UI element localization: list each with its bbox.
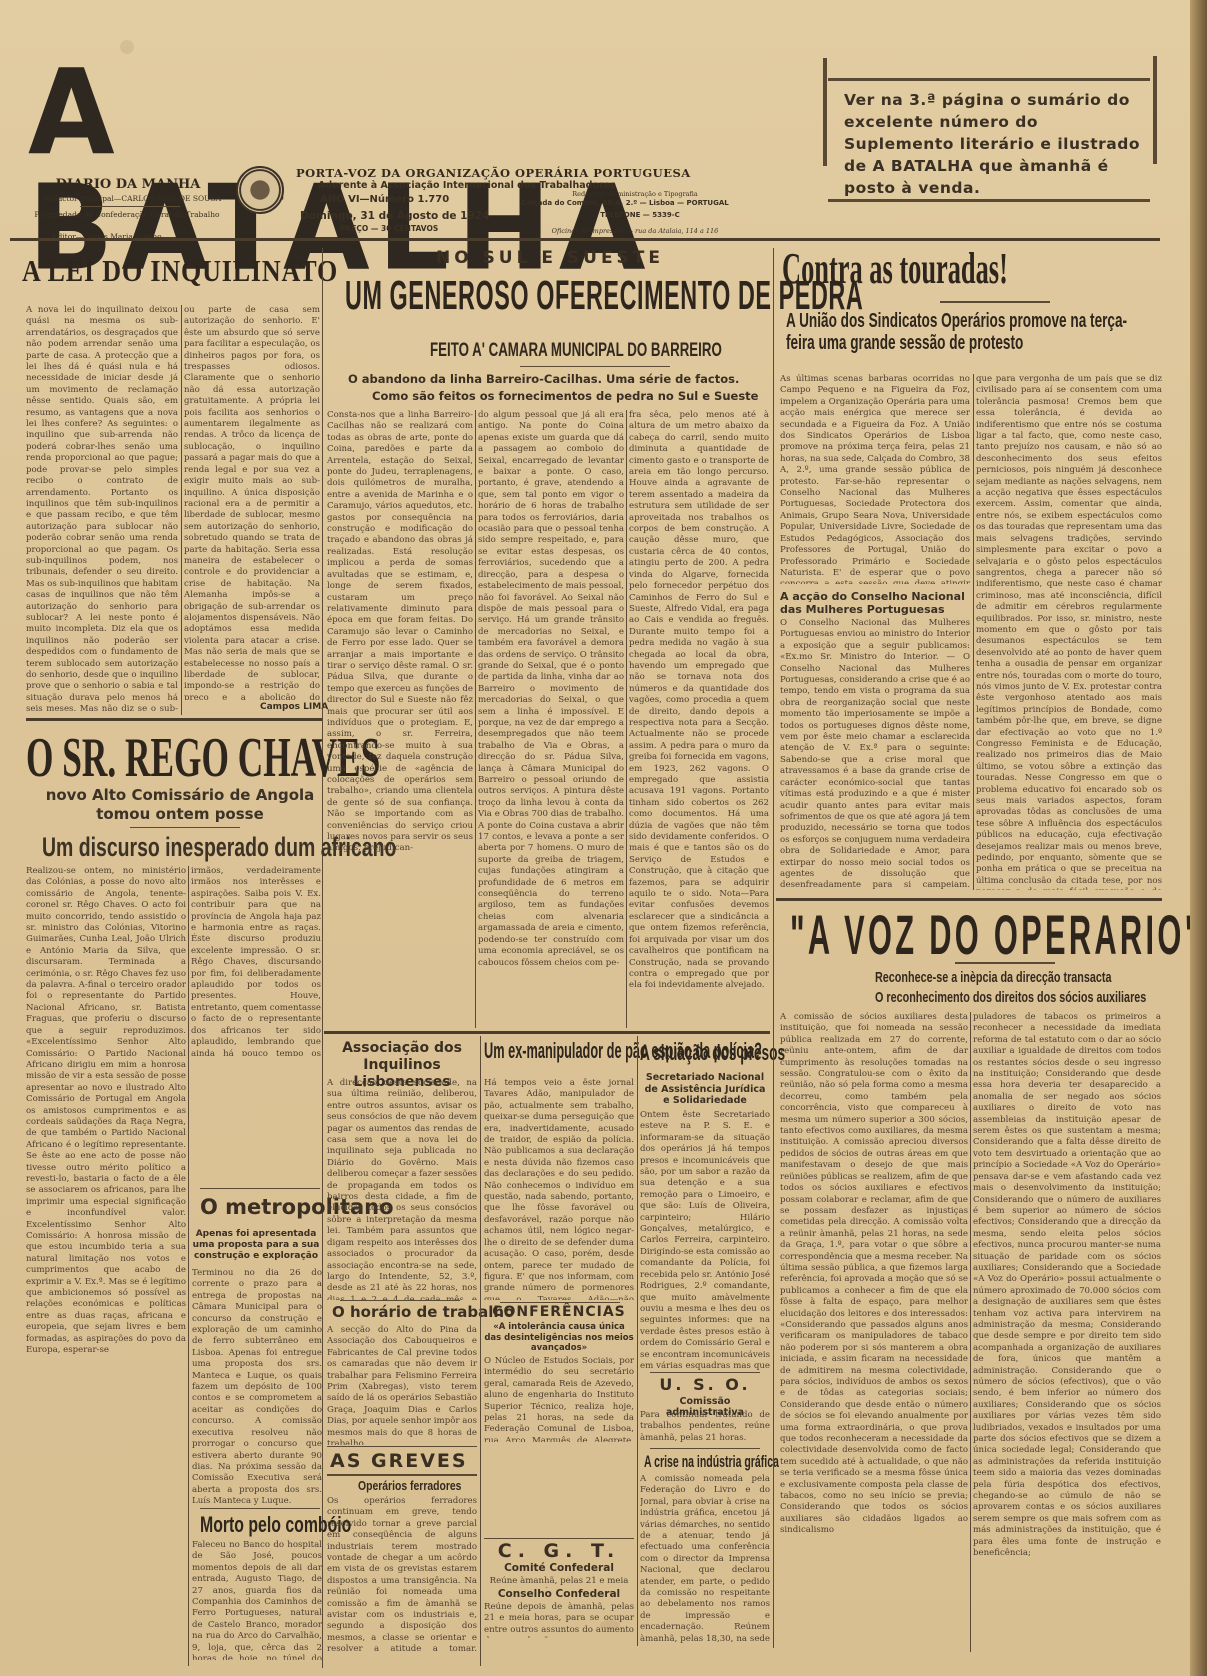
column-rule (773, 248, 774, 1648)
headline-uso: U. S. O. (640, 1375, 770, 1394)
metropolitano-subhead: Apenas foi apresentada uma proposta para… (190, 1229, 322, 1262)
pedra-subhead: FEITO A' CAMARA MUNICIPAL DO BARREIRO (430, 340, 722, 362)
divider (340, 1300, 460, 1301)
headline-touradas: Contra as touradas! (782, 243, 1008, 294)
section-rule (324, 1031, 770, 1034)
touradas-col1: As últimas scenas barbaras ocorridas no … (780, 374, 970, 584)
pedra-kicker: NO SUL E SUESTE (330, 248, 770, 268)
column-rule (188, 866, 189, 1666)
rego-chaves-col2: irmãos, verdadeiramente irmãos nos inter… (191, 866, 321, 1056)
divider (130, 827, 240, 828)
column-rule (480, 1036, 481, 1666)
divider (200, 1508, 320, 1509)
cgt-comite-title: Comité Confederal (484, 1562, 634, 1574)
pedra-deck-2: Como são feitos os fornecimentos de pedr… (372, 389, 792, 403)
pedra-col2: do algum pessoal que já ali era antigo. … (478, 410, 624, 1028)
rego-chaves-subhead: novo Alto Comissário de Angola tomou ont… (40, 786, 320, 824)
voz-operario-subhead-2: O reconhecimento dos direitos dos sócios… (875, 989, 1146, 1006)
metropolitano-body: Terminou no dia 26 do corrente o prazo p… (192, 1268, 322, 1506)
column-rule (475, 410, 476, 1028)
divider (484, 1538, 634, 1539)
headline-crise-grafica: A crise na indústria gráfica (644, 1452, 779, 1472)
conferencias-body: O Núcleo de Estudos Sociais, por intermé… (484, 1356, 634, 1442)
masthead-diario: DIARIO DA MANHA (38, 177, 218, 192)
uso-body: Para continuar tratando de trabalhos pen… (640, 1410, 770, 1444)
divider (940, 301, 1050, 303)
headline-voz-operario: "A VOZ DO OPERARIO" (790, 902, 1202, 967)
notice-border-right (1153, 56, 1157, 164)
situacao-presos-subhead: Secretariado Nacional de Assistência Jur… (640, 1072, 770, 1107)
lei-inquilinato-col1: A nova lei do inquilinato deixou quási n… (26, 305, 178, 715)
column-rule (973, 374, 974, 890)
voz-operario-col1: A comissão de sócios auxiliares desta in… (780, 1012, 968, 1652)
press-address: Oficinas de impressão — rua da Atalaia, … (500, 226, 770, 236)
headline-situacao-presos: A situação dos presos (640, 1040, 785, 1066)
conferencias-subhead: «A intolerância causa única das desintel… (484, 1322, 634, 1354)
headline-greves: AS GREVES (330, 1450, 468, 1472)
divider (650, 1448, 760, 1449)
masthead-slogan: PORTA-VOZ DA ORGANIZAÇÃO OPERÁRIA PORTUG… (296, 166, 716, 180)
touradas-subhead: A União dos Sindicatos Operários promove… (786, 310, 1153, 354)
masthead-title: A BATALHA (28, 55, 758, 171)
divider (327, 1474, 477, 1476)
masthead-rule (10, 238, 1160, 241)
issue-date: Domingo, 31 de Agosto de 1924 (300, 210, 550, 222)
divider (955, 962, 1055, 964)
column-rule (181, 305, 182, 715)
crise-grafica-body: A comissão nomeada pela Federação do Liv… (640, 1474, 770, 1644)
greves-subhead: Operários ferradores (358, 1478, 461, 1493)
cgt-comite-body: Reúne àmanhã, pelas 21 e meia horas. (484, 1576, 634, 1588)
paper-stain (600, 1620, 620, 1630)
divider (200, 1188, 320, 1189)
greves-body: Os operários ferradores continuam em gre… (327, 1496, 477, 1656)
page-edge-shadow (1190, 0, 1207, 1676)
column-rule (626, 410, 627, 1028)
column-rule (322, 248, 323, 1668)
notice-border-left (823, 58, 827, 166)
situacao-presos-body: Ontem êste Secretariado esteve na P. S. … (640, 1110, 770, 1370)
divider (650, 1372, 760, 1373)
divider (327, 1446, 477, 1447)
column-rule (970, 1012, 971, 1652)
divider (80, 206, 180, 207)
ex-manipulador-body: Há tempos veio a êste jornal Tavares Adã… (484, 1078, 634, 1300)
newspaper-page: A BATALHA DIARIO DA MANHA Redactor princ… (0, 0, 1190, 1676)
inquilinos-lisbonenses-body: A direcção desta sociedade, na sua últim… (327, 1078, 477, 1300)
pedra-col3: fra sêca, pelo menos até à altura de um … (629, 410, 769, 1028)
section-rule (776, 898, 1162, 901)
pedra-deck-1: O abandono da linha Barreiro-Cacilhas. U… (348, 372, 778, 386)
headline-cgt: C. G. T. (484, 1540, 634, 1562)
cgt-conselho-title: Conselho Confederal (484, 1588, 634, 1600)
section-rule (26, 718, 322, 721)
masthead-editor: Redactor principal—CARLOS JOSÉ DE SOUSA (32, 194, 232, 204)
masthead-owner: Propriedade da Confederação Geral do Tra… (12, 210, 242, 220)
column-rule (637, 1036, 638, 1646)
pedra-col1: Consta-nos que a linha Barreiro-Cacilhas… (327, 410, 473, 1028)
office-address: Calçada do Combro, 38-A, 2.º — Lisboa — … (480, 198, 770, 208)
horario-trabalho-body: A secção do Alto do Pina da Associação d… (327, 1325, 477, 1445)
headline-lei-inquilinato: A LEI DO INQUILINATO (22, 253, 338, 289)
touradas-col2: que para vergonha de um país que se diz … (976, 374, 1162, 890)
lei-inquilinato-col2: ou parte de casa sem autorização do senh… (184, 305, 320, 700)
byline-campos-lima: Campos LIMA (260, 702, 328, 712)
divider (520, 366, 670, 367)
office-phone: TELEFONE — 5339-C (560, 210, 720, 220)
supplement-notice: Ver na 3.ª página o sumário do excelente… (828, 78, 1150, 202)
paper-stain (120, 40, 134, 54)
voz-operario-col2: puladores de tabacos os primeiros a reco… (973, 1012, 1161, 1652)
cgt-seal-icon (236, 166, 284, 214)
rego-chaves-col1: Realizou-se ontem, no ministério das Col… (26, 866, 186, 1666)
divider (500, 1302, 620, 1303)
voz-operario-subhead-1: Reconhece-se a inèpcia da direcção trans… (875, 969, 1112, 986)
touradas-col1b: O Conselho Nacional das Mulheres Portugu… (780, 618, 970, 890)
morto-comboio-body: Faleceu no Banco do hospital de São José… (192, 1540, 322, 1660)
touradas-cnmp-title: A acção do Conselho Nacional das Mulhere… (780, 590, 970, 616)
headline-conferencias: CONFERÊNCIAS (484, 1304, 634, 1320)
